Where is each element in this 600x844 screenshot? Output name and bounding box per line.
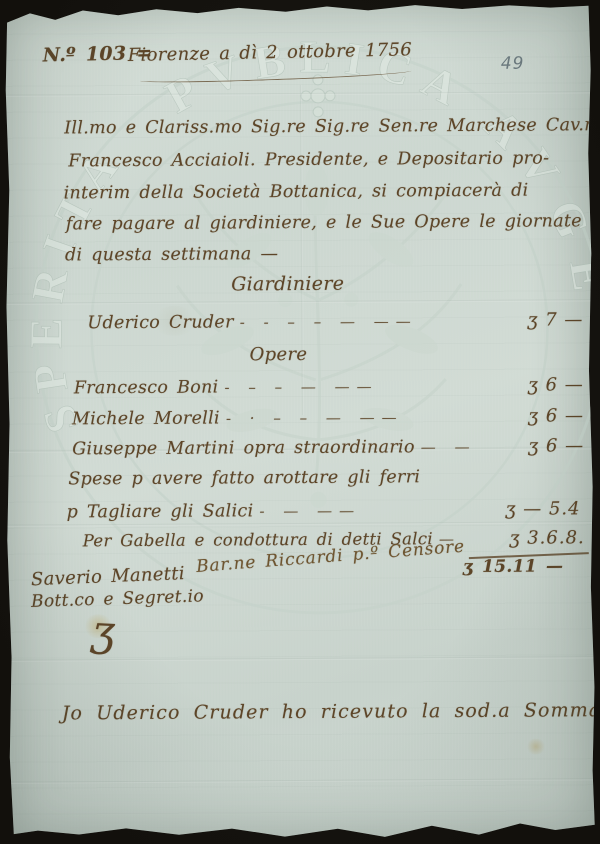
section-heading-giardiniere: Giardiniere [231,273,344,296]
worker-name: Uderico Cruder [87,312,233,333]
row-amount: ʒ — 5.4 [505,498,580,519]
expense-description: Spese p avere fatto arottare gli ferri [68,467,420,489]
letter-line: Ill.mo e Clariss.mo Sig.re Sig.re Sen.re… [64,115,600,139]
ink-stain [526,739,546,755]
total-amount: ʒ 15.11 — [463,556,564,577]
account-row: Giuseppe Martini opra straordinario — — … [72,435,584,459]
row-amount: ʒ 7 — [527,309,583,330]
letter-line: interim della Società Bottanica, si comp… [64,181,529,204]
dash-leader: - - – – — —— [234,312,528,332]
letter-line: Francesco Acciaioli. Presidente, e Depos… [68,148,549,171]
dash-leader: - · – – — —— [220,408,528,428]
fold-crease [5,299,593,305]
place-and-date: Fiorenze a dì 2 ottobre 1756 [128,39,413,66]
account-row: Michele Morelli - · – – — —— ʒ 6 — [72,405,584,429]
row-amount: ʒ 6 — [528,435,584,456]
secretary-signature-name: Saverio Manetti [31,563,186,590]
worker-name: Francesco Boni [74,377,219,398]
section-heading-opere: Opere [250,344,308,365]
fold-crease [4,91,592,97]
dash-leader: - — —— [253,501,505,521]
account-row: p Tagliare gli Salici - — —— ʒ — 5.4 [66,498,580,522]
worker-name: Michele Morelli [72,408,220,429]
account-row: Spese p avere fatto arottare gli ferri [68,466,580,489]
pencil-page-number: 49 [501,54,525,74]
letter-line: di questa settimana — [65,244,278,265]
row-amount: ʒ 3.6.8. [509,527,585,548]
watermark-top-cross-ornament [301,75,335,117]
document-page: SPERITA PVBLICA AVGE [3,3,596,841]
fold-crease [7,656,595,662]
row-amount: ʒ 6 — [528,405,584,426]
worker-name: Giuseppe Martini opra straordinario [72,437,415,459]
dash-leader: — — [415,438,528,457]
letter-line: fare pagare al giardiniere, e le Sue Ope… [66,211,582,234]
date-underline-flourish [140,67,412,84]
dash-leader: - – – — —— [218,377,527,397]
fold-crease [8,778,596,784]
row-amount: ʒ 6 — [528,374,584,395]
secretary-paraph-flourish: ʒ [90,606,116,656]
photo-background: SPERITA PVBLICA AVGE [0,0,600,844]
receipt-acknowledgement-line: Jo Uderico Cruder ho ricevuto la sod.a S… [62,699,600,724]
account-row: Francesco Boni - – – — —— ʒ 6 — [74,374,584,398]
secretary-signature-title: Bott.co e Segret.io [31,586,204,612]
expense-description: p Tagliare gli Salici [66,501,253,522]
account-row: Uderico Cruder - - – – — —— ʒ 7 — [87,309,583,333]
